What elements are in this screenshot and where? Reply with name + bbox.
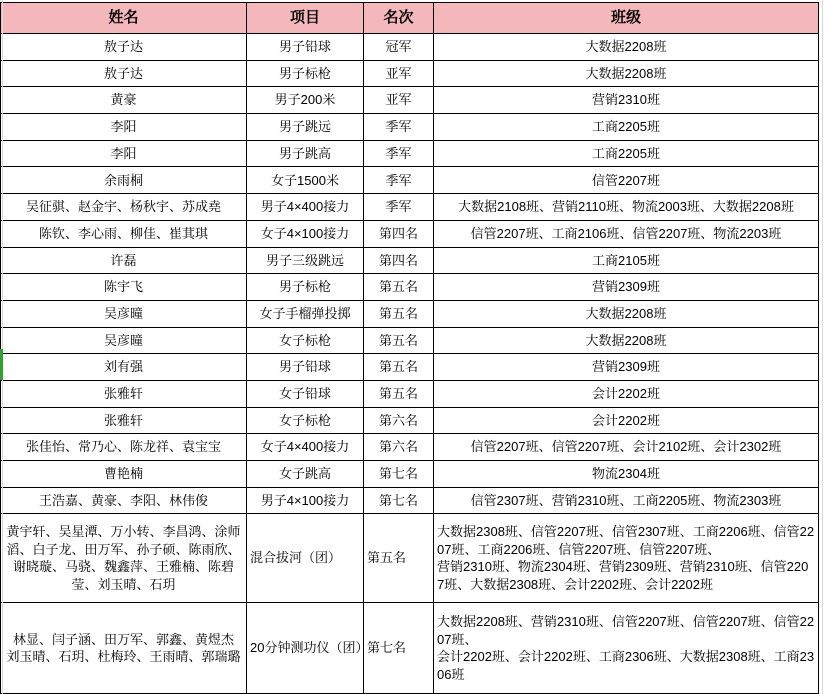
cell-event[interactable]: 女子标枪 bbox=[247, 327, 364, 354]
table-row: 林显、闫子涵、田万军、郭鑫、黄煜杰 刘玉晴、石玥、杜梅玲、王雨晴、郭瑞璐20分钟… bbox=[1, 603, 819, 694]
header-cell-name[interactable]: 姓名 bbox=[1, 3, 247, 34]
table-row: 吴彦曈女子手榴弹投掷第五名大数据2208班 bbox=[1, 300, 819, 327]
cell-rank[interactable]: 季军 bbox=[364, 194, 434, 221]
table-row: 刘有强男子铅球第五名营销2309班 bbox=[1, 354, 819, 381]
cell-rank[interactable]: 第五名 bbox=[364, 327, 434, 354]
cell-rank[interactable]: 第六名 bbox=[364, 407, 434, 434]
cell-name[interactable]: 张雅轩 bbox=[1, 380, 247, 407]
cell-rank[interactable]: 第六名 bbox=[364, 434, 434, 461]
cell-rank[interactable]: 亚军 bbox=[364, 60, 434, 87]
cell-rank[interactable]: 第七名 bbox=[364, 487, 434, 514]
cell-class[interactable]: 工商2205班 bbox=[434, 140, 819, 167]
cell-name[interactable]: 黄豪 bbox=[1, 87, 247, 114]
cell-class[interactable]: 会计2202班 bbox=[434, 407, 819, 434]
table-row: 许磊男子三级跳远第四名工商2105班 bbox=[1, 247, 819, 274]
table-row: 吴彦曈女子标枪第五名大数据2208班 bbox=[1, 327, 819, 354]
table-row: 王浩嘉、黄豪、李阳、林伟俊男子4×100接力第七名信管2307班、营销2310班… bbox=[1, 487, 819, 514]
cell-rank[interactable]: 第五名 bbox=[364, 380, 434, 407]
table-row: 李阳男子跳高季军工商2205班 bbox=[1, 140, 819, 167]
table-row: 陈钦、李心雨、柳佳、崔萁琪女子4×100接力第四名信管2207班、工商2106班… bbox=[1, 220, 819, 247]
cell-selection-indicator bbox=[0, 349, 3, 380]
cell-class[interactable]: 大数据2208班、营销2310班、信管2207班、信管2207班、信管2207班… bbox=[434, 603, 819, 694]
cell-event[interactable]: 女子标枪 bbox=[247, 407, 364, 434]
cell-class[interactable]: 大数据2108班、营销2110班、物流2003班、大数据2208班 bbox=[434, 194, 819, 221]
cell-name[interactable]: 敖子达 bbox=[1, 34, 247, 61]
cell-event[interactable]: 女子4×100接力 bbox=[247, 220, 364, 247]
cell-event[interactable]: 混合拔河（团） bbox=[247, 514, 364, 603]
cell-class[interactable]: 大数据2208班 bbox=[434, 327, 819, 354]
cell-name[interactable]: 李阳 bbox=[1, 114, 247, 141]
table-row: 陈宇飞男子标枪第五名营销2309班 bbox=[1, 274, 819, 301]
cell-name[interactable]: 陈宇飞 bbox=[1, 274, 247, 301]
cell-rank[interactable]: 第七名 bbox=[364, 603, 434, 694]
cell-class[interactable]: 会计2202班 bbox=[434, 380, 819, 407]
cell-event[interactable]: 女子铅球 bbox=[247, 380, 364, 407]
cell-event[interactable]: 男子标枪 bbox=[247, 274, 364, 301]
cell-name[interactable]: 敖子达 bbox=[1, 60, 247, 87]
table-row: 黄豪男子200米亚军营销2310班 bbox=[1, 87, 819, 114]
cell-class[interactable]: 大数据2208班 bbox=[434, 300, 819, 327]
cell-name[interactable]: 王浩嘉、黄豪、李阳、林伟俊 bbox=[1, 487, 247, 514]
cell-name[interactable]: 陈钦、李心雨、柳佳、崔萁琪 bbox=[1, 220, 247, 247]
cell-rank[interactable]: 第五名 bbox=[364, 514, 434, 603]
cell-name[interactable]: 林显、闫子涵、田万军、郭鑫、黄煜杰 刘玉晴、石玥、杜梅玲、王雨晴、郭瑞璐 bbox=[1, 603, 247, 694]
cell-class[interactable]: 工商2105班 bbox=[434, 247, 819, 274]
spreadsheet-results-table: 姓名 项目 名次 班级 敖子达男子铅球冠军大数据2208班敖子达男子标枪亚军大数… bbox=[0, 2, 818, 694]
cell-class[interactable]: 物流2304班 bbox=[434, 461, 819, 488]
cell-event[interactable]: 男子铅球 bbox=[247, 354, 364, 381]
table-row: 吴征骐、赵金宇、杨秋宇、苏成堯男子4×400接力季军大数据2108班、营销211… bbox=[1, 194, 819, 221]
cell-rank[interactable]: 冠军 bbox=[364, 34, 434, 61]
table-row: 李阳男子跳远季军工商2205班 bbox=[1, 114, 819, 141]
cell-name[interactable]: 余雨桐 bbox=[1, 167, 247, 194]
cell-class[interactable]: 大数据2208班 bbox=[434, 60, 819, 87]
cell-event[interactable]: 女子跳高 bbox=[247, 461, 364, 488]
cell-class[interactable]: 信管2207班 bbox=[434, 167, 819, 194]
cell-rank[interactable]: 季军 bbox=[364, 140, 434, 167]
table-row: 余雨桐女子1500米季军信管2207班 bbox=[1, 167, 819, 194]
cell-class[interactable]: 工商2205班 bbox=[434, 114, 819, 141]
cell-rank[interactable]: 第五名 bbox=[364, 354, 434, 381]
cell-event[interactable]: 男子标枪 bbox=[247, 60, 364, 87]
cell-event[interactable]: 20分钟测功仪（团） bbox=[247, 603, 364, 694]
table-row: 敖子达男子标枪亚军大数据2208班 bbox=[1, 60, 819, 87]
table-row: 黄宇轩、吴星潭、万小转、李昌鸿、涂师滔、白子龙、田万军、孙子硕、陈雨欣、谢晓璇、… bbox=[1, 514, 819, 603]
cell-event[interactable]: 男子三级跳远 bbox=[247, 247, 364, 274]
cell-rank[interactable]: 季军 bbox=[364, 167, 434, 194]
cell-rank[interactable]: 亚军 bbox=[364, 87, 434, 114]
cell-event[interactable]: 女子4×400接力 bbox=[247, 434, 364, 461]
cell-class[interactable]: 营销2310班 bbox=[434, 87, 819, 114]
cell-rank[interactable]: 第四名 bbox=[364, 220, 434, 247]
cell-class[interactable]: 信管2307班、营销2310班、工商2205班、物流2303班 bbox=[434, 487, 819, 514]
cell-class[interactable]: 营销2309班 bbox=[434, 274, 819, 301]
cell-name[interactable]: 曹艳楠 bbox=[1, 461, 247, 488]
cell-class[interactable]: 信管2207班、信管2207班、会计2102班、会计2302班 bbox=[434, 434, 819, 461]
cell-event[interactable]: 女子1500米 bbox=[247, 167, 364, 194]
cell-class[interactable]: 营销2309班 bbox=[434, 354, 819, 381]
cell-event[interactable]: 男子4×400接力 bbox=[247, 194, 364, 221]
header-cell-event[interactable]: 项目 bbox=[247, 3, 364, 34]
cell-name[interactable]: 李阳 bbox=[1, 140, 247, 167]
cell-rank[interactable]: 季军 bbox=[364, 114, 434, 141]
table-row: 敖子达男子铅球冠军大数据2208班 bbox=[1, 34, 819, 61]
table-row: 张佳怡、常乃心、陈龙祥、袁宝宝女子4×400接力第六名信管2207班、信管220… bbox=[1, 434, 819, 461]
cell-event[interactable]: 男子200米 bbox=[247, 87, 364, 114]
cell-class[interactable]: 大数据2208班 bbox=[434, 34, 819, 61]
cell-rank[interactable]: 第七名 bbox=[364, 461, 434, 488]
cell-name[interactable]: 吴彦曈 bbox=[1, 327, 247, 354]
cell-name[interactable]: 黄宇轩、吴星潭、万小转、李昌鸿、涂师滔、白子龙、田万军、孙子硕、陈雨欣、谢晓璇、… bbox=[1, 514, 247, 603]
cell-rank[interactable]: 第四名 bbox=[364, 247, 434, 274]
cell-name[interactable]: 张佳怡、常乃心、陈龙祥、袁宝宝 bbox=[1, 434, 247, 461]
cell-class[interactable]: 信管2207班、工商2106班、信管2207班、物流2203班 bbox=[434, 220, 819, 247]
sheet-gridline-right bbox=[822, 0, 823, 694]
cell-name[interactable]: 吴彦曈 bbox=[1, 300, 247, 327]
cell-event[interactable]: 男子跳高 bbox=[247, 140, 364, 167]
cell-rank[interactable]: 第五名 bbox=[364, 274, 434, 301]
table-row: 张雅轩女子标枪第六名会计2202班 bbox=[1, 407, 819, 434]
cell-name[interactable]: 张雅轩 bbox=[1, 407, 247, 434]
cell-name[interactable]: 许磊 bbox=[1, 247, 247, 274]
results-table: 姓名 项目 名次 班级 敖子达男子铅球冠军大数据2208班敖子达男子标枪亚军大数… bbox=[0, 2, 819, 694]
cell-rank[interactable]: 第五名 bbox=[364, 300, 434, 327]
table-row: 张雅轩女子铅球第五名会计2202班 bbox=[1, 380, 819, 407]
header-cell-class[interactable]: 班级 bbox=[434, 3, 819, 34]
cell-event[interactable]: 男子4×100接力 bbox=[247, 487, 364, 514]
header-row: 姓名 项目 名次 班级 bbox=[1, 3, 819, 34]
cell-class[interactable]: 大数据2308班、信管2207班、信管2307班、工商2206班、信管2207班… bbox=[434, 514, 819, 603]
table-row: 曹艳楠女子跳高第七名物流2304班 bbox=[1, 461, 819, 488]
sheet-gridline-left bbox=[2, 0, 3, 694]
cell-name[interactable]: 吴征骐、赵金宇、杨秋宇、苏成堯 bbox=[1, 194, 247, 221]
cell-event[interactable]: 女子手榴弹投掷 bbox=[247, 300, 364, 327]
cell-event[interactable]: 男子跳远 bbox=[247, 114, 364, 141]
cell-name[interactable]: 刘有强 bbox=[1, 354, 247, 381]
header-cell-rank[interactable]: 名次 bbox=[364, 3, 434, 34]
cell-event[interactable]: 男子铅球 bbox=[247, 34, 364, 61]
